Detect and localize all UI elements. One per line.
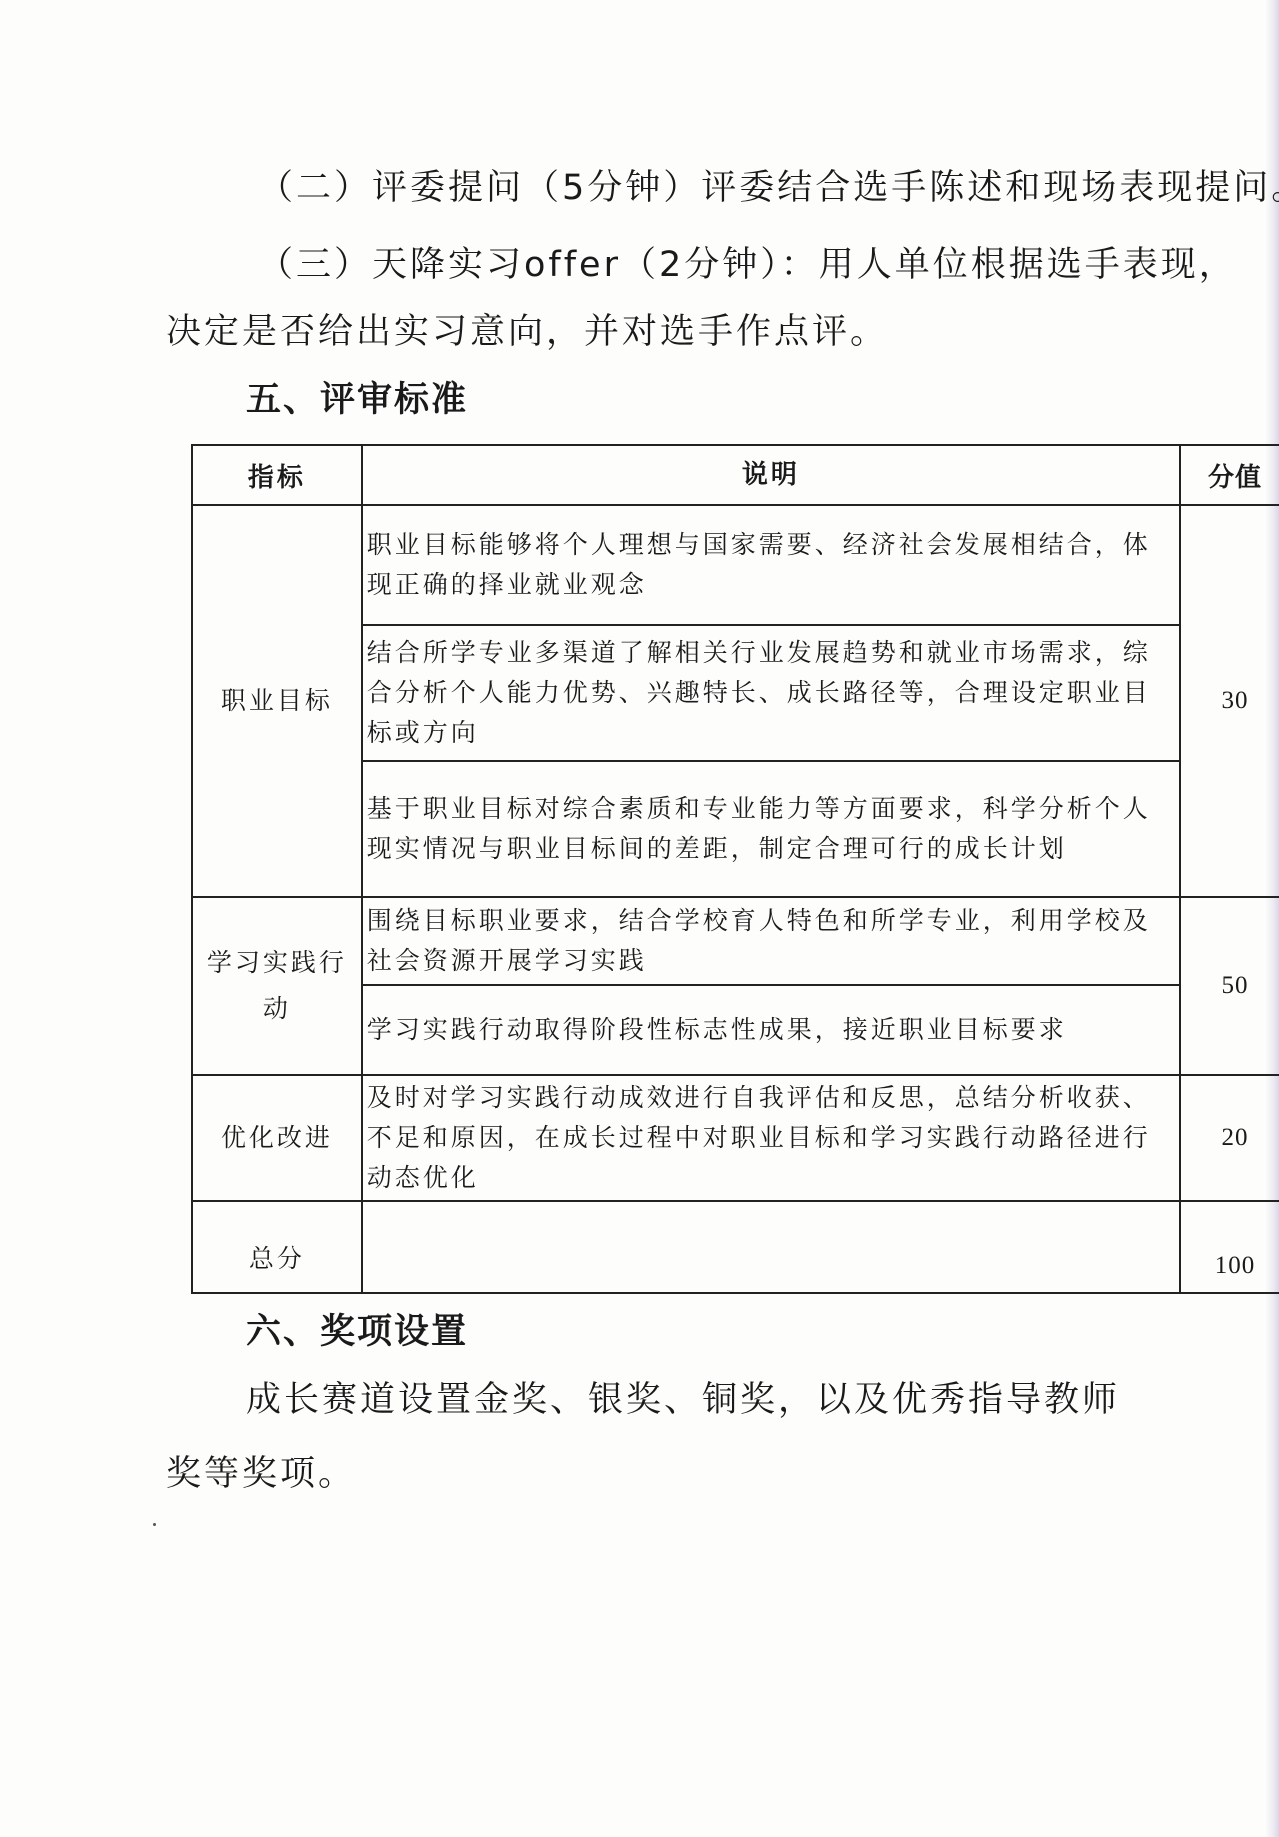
scan-speck bbox=[153, 1523, 156, 1526]
section-heading-evaluation-criteria: 五、评审标准 bbox=[246, 380, 468, 420]
indicator-career-goal: 职业目标 bbox=[192, 505, 362, 897]
total-score: 100 bbox=[1180, 1201, 1279, 1293]
indicator-optimization: 优化改进 bbox=[192, 1075, 362, 1201]
table-row: 学习实践行动 围绕目标职业要求，结合学校育人特色和所学专业，利用学校及社会资源开… bbox=[192, 897, 1279, 985]
table-row: 优化改进 及时对学习实践行动成效进行自我评估和反思，总结分析收获、不足和原因，在… bbox=[192, 1075, 1279, 1201]
description-cell: 结合所学专业多渠道了解相关行业发展趋势和就业市场需求，综合分析个人能力优势、兴趣… bbox=[362, 625, 1180, 761]
total-description-empty bbox=[362, 1201, 1180, 1293]
section-heading-awards: 六、奖项设置 bbox=[246, 1312, 468, 1352]
table-total-row: 总分 100 bbox=[192, 1201, 1279, 1293]
paragraph-internship-offer-line1: （三）天降实习offer（2分钟）：用人单位根据选手表现， bbox=[258, 245, 1237, 285]
header-indicator: 指标 bbox=[192, 445, 362, 505]
score-cell: 20 bbox=[1180, 1075, 1279, 1201]
score-cell: 30 bbox=[1180, 505, 1279, 897]
paragraph-awards-line1: 成长赛道设置金奖、银奖、铜奖，以及优秀指导教师 bbox=[246, 1380, 1120, 1420]
score-cell: 50 bbox=[1180, 897, 1279, 1075]
description-cell: 职业目标能够将个人理想与国家需要、经济社会发展相结合，体现正确的择业就业观念 bbox=[362, 505, 1180, 625]
table-row: 职业目标 职业目标能够将个人理想与国家需要、经济社会发展相结合，体现正确的择业就… bbox=[192, 505, 1279, 625]
description-cell: 学习实践行动取得阶段性标志性成果，接近职业目标要求 bbox=[362, 985, 1180, 1075]
indicator-learning-practice: 学习实践行动 bbox=[192, 897, 362, 1075]
paragraph-judge-questions: （二）评委提问（5分钟）评委结合选手陈述和现场表现提问。 bbox=[258, 168, 1279, 208]
description-cell: 围绕目标职业要求，结合学校育人特色和所学专业，利用学校及社会资源开展学习实践 bbox=[362, 897, 1180, 985]
evaluation-criteria-table: 指标 说明 分值 职业目标 职业目标能够将个人理想与国家需要、经济社会发展相结合… bbox=[191, 444, 1279, 1294]
description-cell: 基于职业目标对综合素质和专业能力等方面要求，科学分析个人现实情况与职业目标间的差… bbox=[362, 761, 1180, 897]
header-score: 分值 bbox=[1180, 445, 1279, 505]
header-description: 说明 bbox=[362, 445, 1180, 505]
table-header-row: 指标 说明 分值 bbox=[192, 445, 1279, 505]
paragraph-internship-offer-line2: 决定是否给出实习意向，并对选手作点评。 bbox=[166, 312, 888, 352]
total-label: 总分 bbox=[192, 1201, 362, 1293]
description-cell: 及时对学习实践行动成效进行自我评估和反思，总结分析收获、不足和原因，在成长过程中… bbox=[362, 1075, 1180, 1201]
paragraph-awards-line2: 奖等奖项。 bbox=[166, 1454, 356, 1494]
